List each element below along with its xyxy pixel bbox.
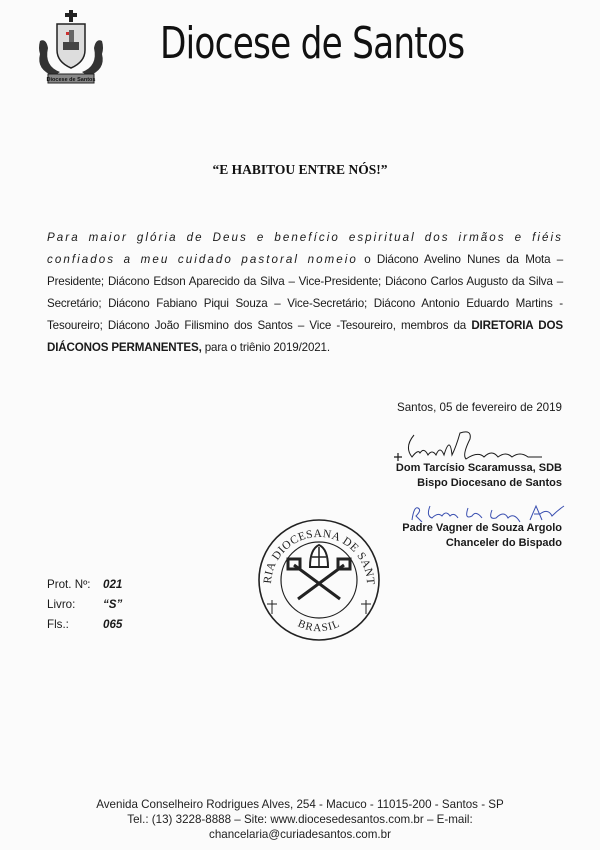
motto-heading: “E HABITOU ENTRE NÓS!” <box>0 162 600 178</box>
signatory-role: Chanceler do Bispado <box>402 536 562 551</box>
footer-contact: Avenida Conselheiro Rodrigues Alves, 254… <box>0 797 600 842</box>
registry-label: Livro: <box>47 595 103 615</box>
diocese-title: Diocese de Santos <box>160 18 464 69</box>
signatory-name: Dom Tarcísio Scaramussa, SDB <box>396 461 562 476</box>
registry-row-pages: Fls.: 065 <box>47 615 122 635</box>
decree-paragraph: Para maior glória de Deus e benefício es… <box>47 227 563 359</box>
registry-value: “S” <box>103 595 122 615</box>
footer-phone-site: Tel.: (13) 3228-8888 – Site: www.diocese… <box>0 812 600 827</box>
diocese-coat-of-arms-icon: Diocese de Santos <box>30 8 112 88</box>
registry-row-protocol: Prot. Nº: 021 <box>47 575 122 595</box>
decree-term: para o triênio 2019/2021. <box>202 341 330 354</box>
signatory-role: Bispo Diocesano de Santos <box>396 476 562 491</box>
footer-address: Avenida Conselheiro Rodrigues Alves, 254… <box>0 797 600 812</box>
registry-label: Fls.: <box>47 615 103 635</box>
registry-label: Prot. Nº: <box>47 575 103 595</box>
bishop-signatory: Dom Tarcísio Scaramussa, SDB Bispo Dioce… <box>396 461 562 491</box>
bishop-signature-icon <box>392 425 572 465</box>
document-date: Santos, 05 de fevereiro de 2019 <box>397 401 562 414</box>
registry-info: Prot. Nº: 021 Livro: “S” Fls.: 065 <box>47 575 122 635</box>
mitre-crossed-keys-seal-icon: CURIA DIOCESANA DE SANTOS BRASIL <box>254 515 384 645</box>
registry-value: 021 <box>103 575 122 595</box>
chancellor-signatory: Padre Vagner de Souza Argolo Chanceler d… <box>402 521 562 551</box>
svg-text:BRASIL: BRASIL <box>296 618 342 635</box>
signatory-name: Padre Vagner de Souza Argolo <box>402 521 562 536</box>
svg-text:Diocese de Santos: Diocese de Santos <box>47 77 96 83</box>
registry-row-book: Livro: “S” <box>47 595 122 615</box>
registry-value: 065 <box>103 615 122 635</box>
footer-email: chancelaria@curiadesantos.com.br <box>0 827 600 842</box>
